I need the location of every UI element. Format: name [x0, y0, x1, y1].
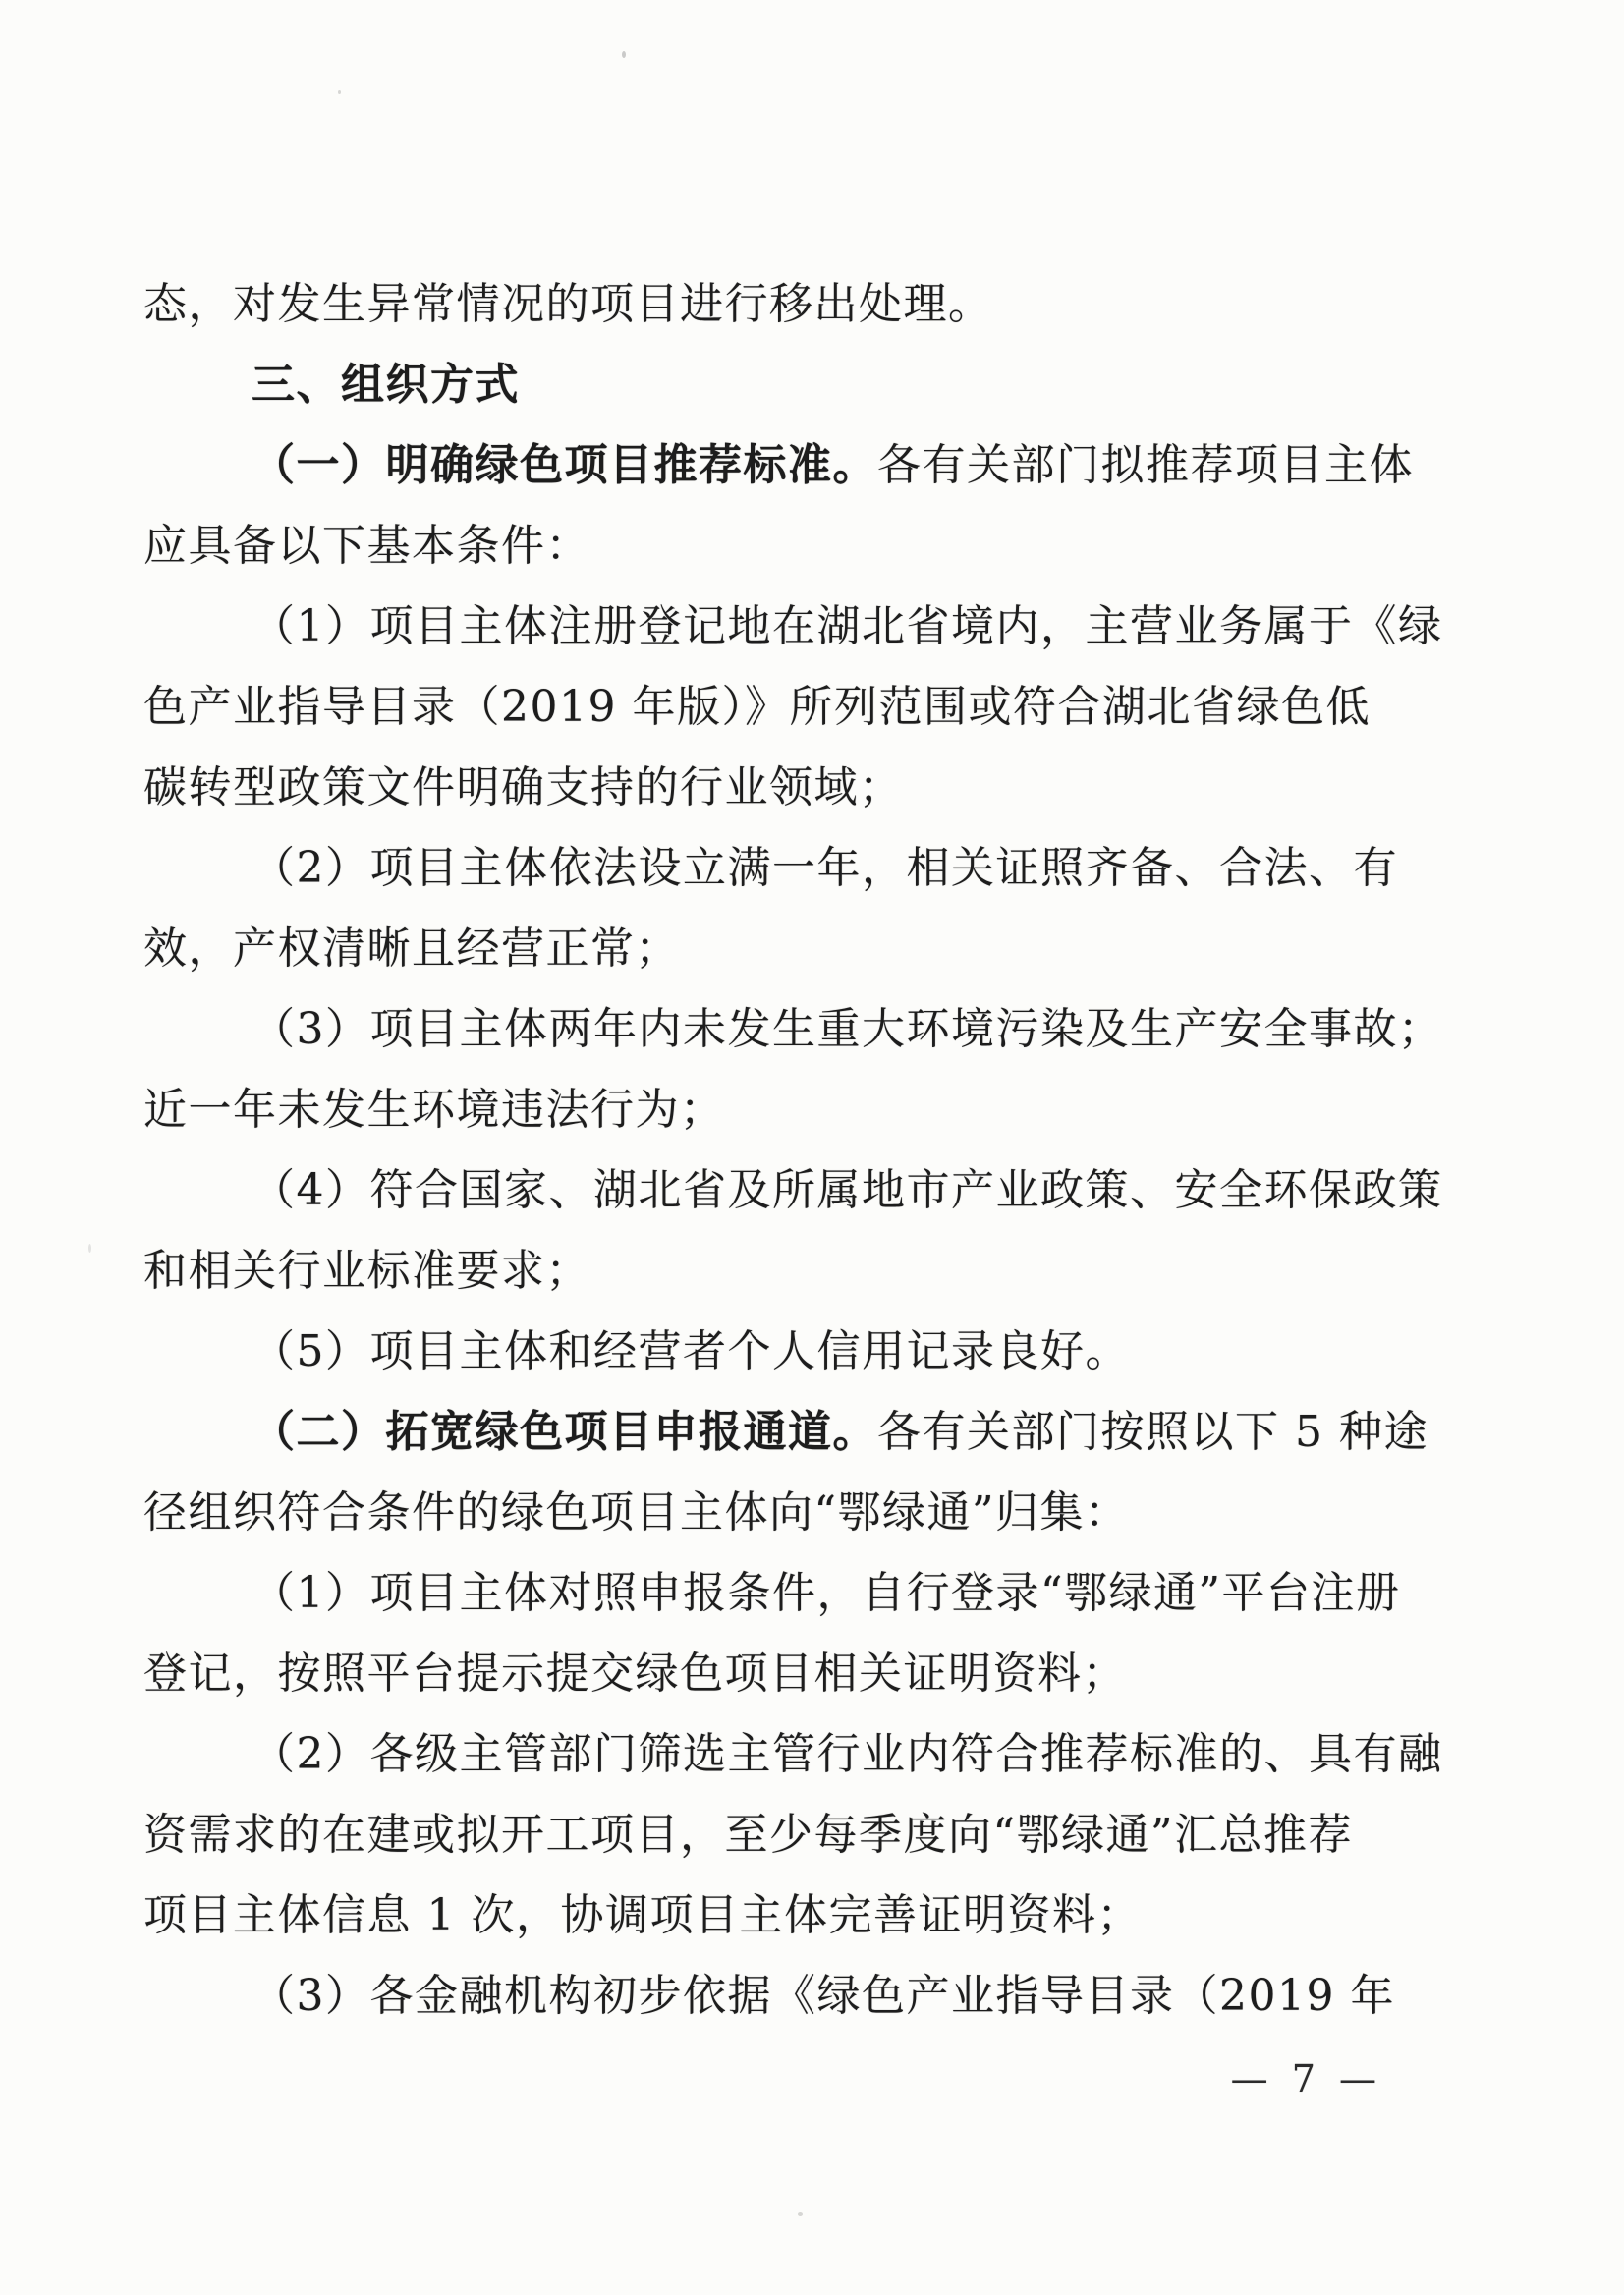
body-line: （2）各级主管部门筛选主管行业内符合推荐标准的、具有融 — [143, 1714, 1491, 1795]
body-line: 近一年未发生环境违法行为； — [143, 1070, 1491, 1150]
body-line: 应具备以下基本条件： — [143, 506, 1491, 587]
bold-lead: （一）明确绿色项目推荐标准。 — [252, 440, 877, 490]
body-line: （4）符合国家、湖北省及所属地市产业政策、安全环保政策 — [143, 1150, 1491, 1231]
body-line: 态，对发生异常情况的项目进行移出处理。 — [143, 264, 1491, 345]
bold-lead: （二）拓宽绿色项目申报通道。 — [252, 1407, 877, 1457]
body-line: （一）明确绿色项目推荐标准。各有关部门拟推荐项目主体 — [143, 425, 1491, 506]
line-text: 各有关部门拟推荐项目主体 — [877, 440, 1414, 490]
body-line: （2）项目主体依法设立满一年，相关证照齐备、合法、有 — [143, 828, 1491, 909]
line-text: （2）项目主体依法设立满一年，相关证照齐备、合法、有 — [252, 843, 1398, 893]
line-text: （2）各级主管部门筛选主管行业内符合推荐标准的、具有融 — [252, 1729, 1443, 1779]
body-line: 登记，按照平台提示提交绿色项目相关证明资料； — [143, 1634, 1491, 1714]
line-text: （3）各金融机构初步依据《绿色产业指导目录（2019 年 — [252, 1971, 1395, 2021]
body-line: 径组织符合条件的绿色项目主体向“鄂绿通”归集： — [143, 1473, 1491, 1553]
body-line: （1）项目主体注册登记地在湖北省境内，主营业务属于《绿 — [143, 587, 1491, 667]
section-heading: 三、组织方式 — [143, 345, 1491, 425]
scan-speck — [338, 90, 341, 94]
line-text: 径组织符合条件的绿色项目主体向“鄂绿通”归集： — [143, 1487, 1130, 1538]
line-text: （1）项目主体对照申报条件，自行登录“鄂绿通”平台注册 — [252, 1568, 1400, 1618]
page-number: — 7 — — [1231, 2057, 1382, 2100]
body-line: 碳转型政策文件明确支持的行业领域； — [143, 748, 1491, 828]
scan-speck — [88, 1244, 91, 1253]
document-body: 态，对发生异常情况的项目进行移出处理。 三、组织方式 （一）明确绿色项目推荐标准… — [143, 264, 1491, 2037]
body-line: （3）各金融机构初步依据《绿色产业指导目录（2019 年 — [143, 1956, 1491, 2037]
line-text: 登记，按照平台提示提交绿色项目相关证明资料； — [143, 1649, 1127, 1699]
line-text: 近一年未发生环境违法行为； — [143, 1085, 725, 1135]
body-line: （二）拓宽绿色项目申报通道。各有关部门按照以下 5 种途 — [143, 1392, 1491, 1473]
body-line: 和相关行业标准要求； — [143, 1231, 1491, 1312]
scan-speck — [798, 2212, 803, 2216]
line-text: 应具备以下基本条件： — [143, 521, 590, 571]
line-text: 资需求的在建或拟开工项目，至少每季度向“鄂绿通”汇总推荐 — [143, 1810, 1353, 1860]
body-line: （1）项目主体对照申报条件，自行登录“鄂绿通”平台注册 — [143, 1553, 1491, 1634]
line-text: 色产业指导目录（2019 年版）》所列范围或符合湖北省绿色低 — [143, 682, 1371, 732]
scanned-document-page: 态，对发生异常情况的项目进行移出处理。 三、组织方式 （一）明确绿色项目推荐标准… — [0, 0, 1624, 2295]
line-text: （5）项目主体和经营者个人信用记录良好。 — [252, 1326, 1130, 1376]
body-line: （5）项目主体和经营者个人信用记录良好。 — [143, 1312, 1491, 1392]
line-text: 各有关部门按照以下 5 种途 — [877, 1407, 1428, 1457]
body-line: 资需求的在建或拟开工项目，至少每季度向“鄂绿通”汇总推荐 — [143, 1795, 1491, 1875]
line-text: （1）项目主体注册登记地在湖北省境内，主营业务属于《绿 — [252, 601, 1443, 651]
line-text: 态，对发生异常情况的项目进行移出处理。 — [143, 279, 993, 329]
body-line: 色产业指导目录（2019 年版）》所列范围或符合湖北省绿色低 — [143, 667, 1491, 748]
line-text: 项目主体信息 1 次，协调项目主体完善证明资料； — [143, 1890, 1142, 1940]
line-text: 和相关行业标准要求； — [143, 1246, 590, 1296]
line-text: 效，产权清晰且经营正常； — [143, 924, 680, 974]
body-line: 项目主体信息 1 次，协调项目主体完善证明资料； — [143, 1875, 1491, 1956]
line-text: 碳转型政策文件明确支持的行业领域； — [143, 762, 904, 812]
body-line: 效，产权清晰且经营正常； — [143, 909, 1491, 989]
heading-text: 三、组织方式 — [252, 360, 520, 410]
body-line: （3）项目主体两年内未发生重大环境污染及生产安全事故； — [143, 989, 1491, 1070]
line-text: （4）符合国家、湖北省及所属地市产业政策、安全环保政策 — [252, 1165, 1443, 1215]
scan-speck — [622, 51, 626, 58]
line-text: （3）项目主体两年内未发生重大环境污染及生产安全事故； — [252, 1004, 1443, 1054]
